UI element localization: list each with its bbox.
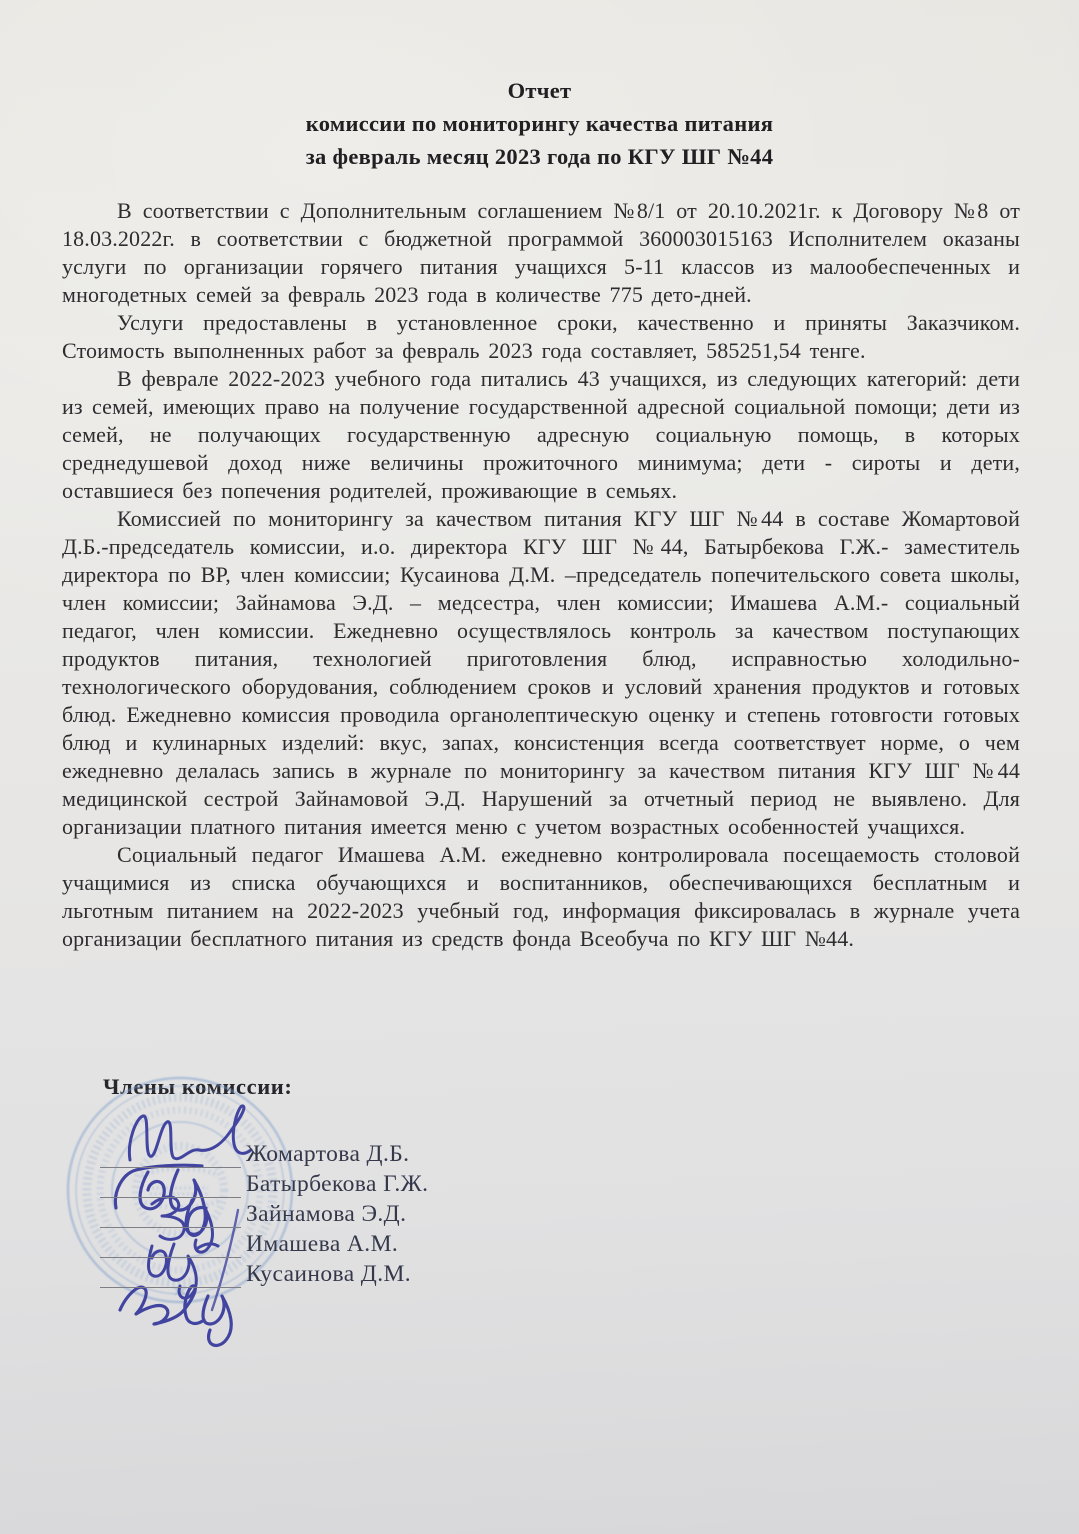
commission-member-row: Жомартова Д.Б. [100, 1138, 409, 1168]
commission-member-row: Кусаинова Д.М. [100, 1258, 411, 1288]
paragraph-cost: Услуги предоставлены в установленное сро… [62, 309, 1020, 365]
member-name: Жомартова Д.Б. [246, 1140, 409, 1168]
report-title-line-3: за февраль месяц 2023 года по КГУ ШГ №44 [0, 140, 1079, 173]
paragraph-contract: В соответствии с Дополнительным соглашен… [62, 197, 1020, 309]
report-title-line-2: комиссии по мониторингу качества питания [0, 107, 1079, 140]
report-title: Отчет комиссии по мониторингу качества п… [0, 74, 1079, 173]
member-name: Имашева А.М. [246, 1230, 398, 1258]
signature-ink-kusainova [120, 1286, 231, 1346]
signature-line [100, 1282, 241, 1288]
member-name: Зайнамова Э.Д. [246, 1200, 406, 1228]
report-body: В соответствии с Дополнительным соглашен… [62, 197, 1020, 953]
member-name: Батырбекова Г.Ж. [246, 1170, 428, 1198]
scanned-report-page: Отчет комиссии по мониторингу качества п… [0, 0, 1079, 1534]
members-heading: Члены комиссии: [103, 1074, 292, 1100]
paragraph-categories: В феврале 2022-2023 учебного года питали… [62, 365, 1020, 505]
member-name: Кусаинова Д.М. [246, 1260, 411, 1288]
paragraph-social-teacher: Социальный педагог Имашева А.М. ежедневн… [62, 841, 1020, 953]
commission-member-row: Зайнамова Э.Д. [100, 1198, 406, 1228]
report-title-line-1: Отчет [0, 74, 1079, 107]
commission-member-row: Батырбекова Г.Ж. [100, 1168, 428, 1198]
commission-member-row: Имашева А.М. [100, 1228, 398, 1258]
paragraph-commission: Комиссией по мониторингу за качеством пи… [62, 505, 1020, 841]
